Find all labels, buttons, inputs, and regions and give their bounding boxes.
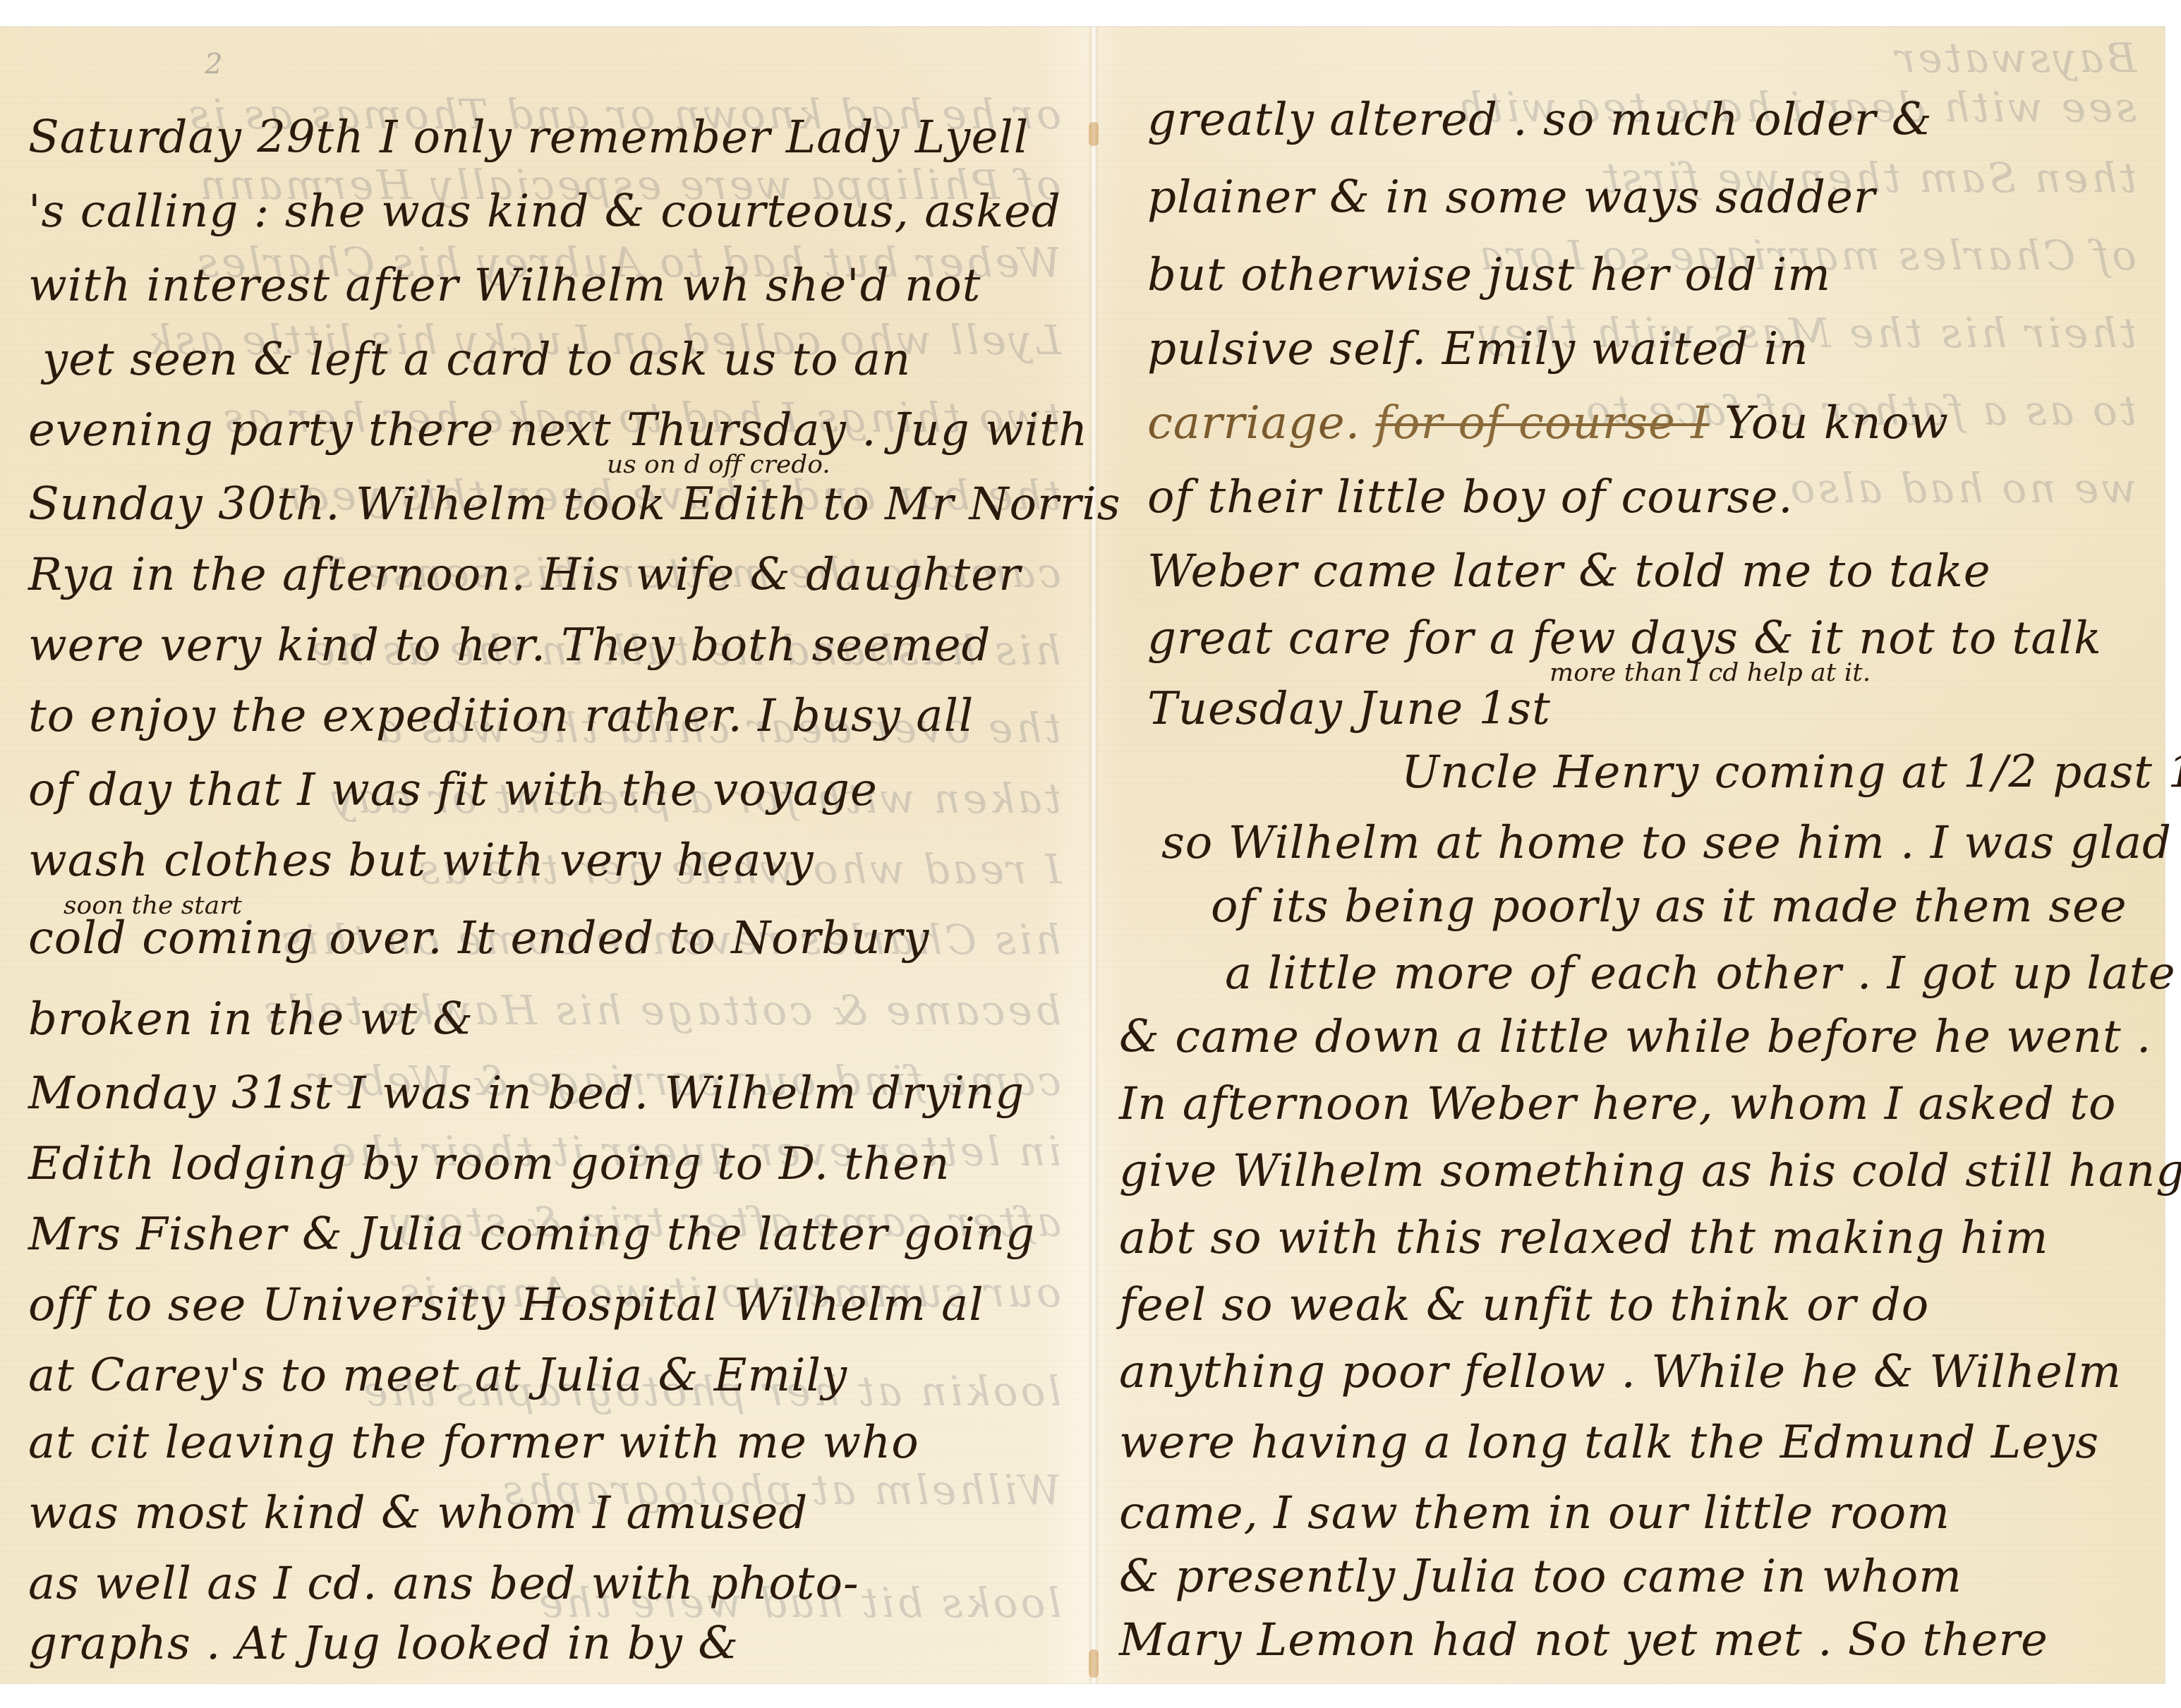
struck-out-text: for of course I [1375, 397, 1709, 449]
text-line: great care for a few days & it not to ta… [1147, 616, 2102, 661]
text-line: cold coming over. It ended to Norbury [28, 916, 929, 961]
text-line: to enjoy the expedition rather. I busy a… [28, 694, 974, 739]
text-line: a little more of each other . I got up l… [1225, 951, 2176, 996]
text-line: so Wilhelm at home to see him . I was gl… [1161, 820, 2172, 866]
text-line: Monday 31st I was in bed. Wilhelm drying [28, 1071, 1025, 1116]
text-line: of day that I was fit with the voyage [28, 768, 878, 813]
carriage-word: carriage. [1147, 397, 1360, 449]
text-line: at Carey's to meet at Julia & Emily [28, 1353, 847, 1398]
text-line: at cit leaving the former with me who [28, 1420, 919, 1465]
text-line: Mrs Fisher & Julia coming the latter goi… [28, 1212, 1035, 1257]
text-line: In afternoon Weber here, whom I asked to [1119, 1082, 2117, 1127]
text-line: of their little boy of course. [1147, 475, 1794, 520]
text-line: Sunday 30th. Wilhelm took Edith to Mr No… [28, 482, 1121, 527]
text-line: 's calling : she was kind & courteous, a… [28, 189, 1061, 234]
letter-sheet: 2 or he had known or and Thomas as is of… [0, 27, 2165, 1683]
section-heading-date: Tuesday June 1st [1147, 686, 1551, 732]
text-line: Saturday 29th I only remember Lady Lyell [28, 115, 1029, 160]
text-line: anything poor fellow . While he & Wilhel… [1119, 1350, 2122, 1395]
fold-stain [1089, 122, 1099, 146]
text-line: of its being poorly as it made them see [1211, 884, 2127, 929]
text-line: Edith lodging by room going to D. then [28, 1141, 950, 1187]
text-line: feel so weak & unfit to think or do [1119, 1283, 1929, 1328]
page-number-mark: 2 [205, 48, 222, 80]
continuation-text: You know [1724, 397, 1949, 449]
text-line: was most kind & whom I amused [28, 1491, 808, 1536]
text-line: with interest after Wilhelm wh she'd not [28, 263, 981, 308]
text-line: Weber came later & told me to take [1147, 549, 1991, 594]
text-line: pulsive self. Emily waited in [1147, 327, 1808, 372]
text-line: came, I saw them in our little room [1119, 1491, 1950, 1536]
interlinear-note: us on d off credo. [607, 450, 830, 479]
text-line: Mary Lemon had not yet met . So there [1119, 1618, 2048, 1663]
text-line: Rya in the afternoon. His wife & daughte… [28, 552, 1021, 598]
right-page: Bayswater see with dear i have tea with … [1098, 27, 2165, 1683]
text-line: were having a long talk the Edmund Leys [1119, 1420, 2099, 1465]
text-line: were very kind to her. They both seemed [28, 623, 991, 668]
text-line: evening party there next Thursday . Jug … [28, 408, 1088, 453]
text-line: & came down a little while before he wen… [1119, 1014, 2151, 1060]
bleed-line: Bayswater [1140, 34, 2137, 82]
center-fold [1089, 27, 1098, 1683]
left-page: 2 or he had known or and Thomas as is of… [0, 27, 1089, 1683]
text-line: wash clothes but with very heavy [28, 838, 814, 883]
text-line: plainer & in some ways sadder [1147, 175, 1875, 220]
text-line: abt so with this relaxed tht making him [1119, 1216, 2048, 1261]
text-line: but otherwise just her old im [1147, 253, 1831, 298]
interlinear-note: more than I cd help at it. [1549, 658, 1871, 687]
text-line: greatly altered . so much older & [1147, 97, 1933, 143]
text-line: & presently Julia too came in whom [1119, 1554, 1962, 1599]
text-line: yet seen & left a card to ask us to an [42, 337, 911, 382]
text-line-carriage: carriage. for of course I You know [1147, 401, 1949, 446]
text-line: graphs . At Jug looked in by & [28, 1621, 739, 1666]
text-line: Uncle Henry coming at 1/2 past 11 [1401, 750, 2181, 795]
text-line: off to see University Hospital Wilhelm a… [28, 1283, 984, 1328]
fold-stain [1089, 1649, 1099, 1678]
text-line: as well as I cd. ans bed with photo- [28, 1561, 859, 1606]
text-line: give Wilhelm something as his cold still… [1119, 1149, 2181, 1194]
text-line: broken in the wt & [28, 997, 473, 1042]
